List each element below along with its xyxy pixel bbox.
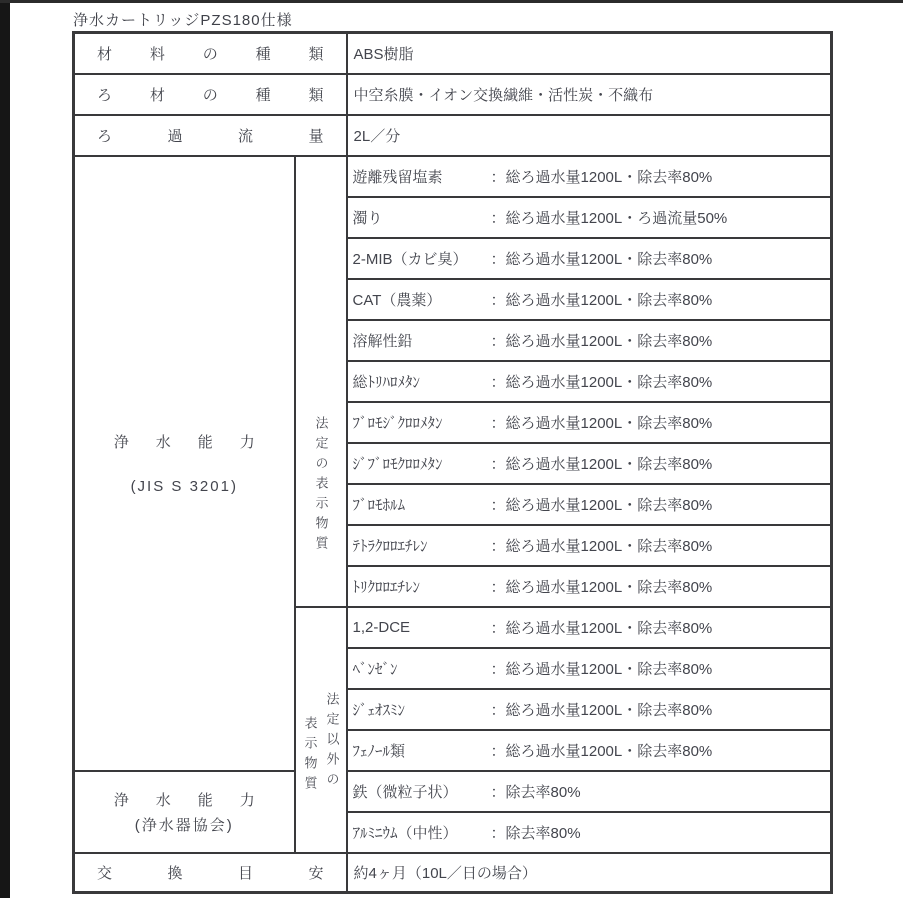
substance-cell: ﾌｪﾉｰﾙ類 ：総ろ過水量1200L・除去率80% [347, 730, 832, 771]
filter-media-label: ろ材の種類 [74, 74, 347, 115]
substance-name: 濁り [353, 207, 491, 228]
table-row-substance: 浄水能力 (浄水器協会) 鉄（微粒子状） ：除去率80% [74, 771, 832, 812]
substance-value: ：総ろ過水量1200L・除去率80% [491, 658, 713, 679]
substance-cell: ﾄﾘｸﾛﾛｴﾁﾚﾝ ：総ろ過水量1200L・除去率80% [347, 566, 832, 607]
substance-cell: ｼﾞﾌﾞﾛﾓｸﾛﾛﾒﾀﾝ ：総ろ過水量1200L・除去率80% [347, 443, 832, 484]
substance-name: CAT（農薬） [353, 289, 491, 310]
substance-name: 1,2-DCE [353, 619, 491, 636]
substance-name: ｼﾞﾌﾞﾛﾓｸﾛﾛﾒﾀﾝ [353, 453, 491, 474]
nonlegal-substances-vertical-label-line1: 法定以外の [321, 689, 343, 796]
substance-cell: 遊離残留塩素 ：総ろ過水量1200L・除去率80% [347, 156, 832, 197]
spec-table: 材料の種類 ABS樹脂 ろ材の種類 中空糸膜・イオン交換繊維・活性炭・不織布 ろ… [72, 31, 833, 894]
substance-name: ｱﾙﾐﾆｳﾑ（中性） [353, 822, 491, 843]
substance-value: ：総ろ過水量1200L・除去率80% [491, 412, 713, 433]
capacity-jis-label: 浄水能力 [114, 431, 282, 452]
substance-value: ：総ろ過水量1200L・除去率80% [491, 535, 713, 556]
substance-cell: 溶解性鉛 ：総ろ過水量1200L・除去率80% [347, 320, 832, 361]
substance-name: 鉄（微粒子状） [353, 781, 491, 802]
page-title: 浄水カートリッジPZS180仕様 [73, 9, 293, 30]
capacity-assoc-cell: 浄水能力 (浄水器協会) [74, 771, 295, 853]
substance-name: ﾌﾞﾛﾓｼﾞｸﾛﾛﾒﾀﾝ [353, 412, 491, 433]
substance-name: ﾃﾄﾗｸﾛﾛｴﾁﾚﾝ [353, 535, 491, 556]
substance-cell: 2-MIB（カビ臭） ：総ろ過水量1200L・除去率80% [347, 238, 832, 279]
capacity-assoc-label: 浄水能力 [114, 789, 282, 810]
substance-name: 2-MIB（カビ臭） [353, 248, 491, 269]
substance-cell: 1,2-DCE ：総ろ過水量1200L・除去率80% [347, 607, 832, 648]
substance-name: 遊離残留塩素 [353, 166, 491, 187]
substance-value: ：総ろ過水量1200L・除去率80% [491, 699, 713, 720]
substance-value: ：総ろ過水量1200L・除去率80% [491, 330, 713, 351]
legal-substances-vertical-label: 法定の表示物質 [310, 416, 332, 556]
window-top-border [0, 0, 903, 3]
nonlegal-substances-group-cell: 法定以外の 表示物質 [295, 607, 347, 853]
substance-value: ：総ろ過水量1200L・ろ過流量50% [491, 207, 728, 228]
substance-cell: 総ﾄﾘﾊﾛﾒﾀﾝ ：総ろ過水量1200L・除去率80% [347, 361, 832, 402]
substance-value: ：総ろ過水量1200L・除去率80% [491, 740, 713, 761]
filter-media-value: 中空糸膜・イオン交換繊維・活性炭・不織布 [347, 74, 832, 115]
exchange-label: 交換目安 [74, 853, 347, 893]
substance-value: ：総ろ過水量1200L・除去率80% [491, 617, 713, 638]
substance-value: ：除去率80% [491, 822, 581, 843]
substance-cell: ﾌﾞﾛﾓﾎﾙﾑ ：総ろ過水量1200L・除去率80% [347, 484, 832, 525]
substance-cell: ﾃﾄﾗｸﾛﾛｴﾁﾚﾝ ：総ろ過水量1200L・除去率80% [347, 525, 832, 566]
substance-name: ﾄﾘｸﾛﾛｴﾁﾚﾝ [353, 576, 491, 597]
table-row-flow-rate: ろ過流量 2L／分 [74, 115, 832, 156]
substance-cell: ｼﾞｪｵｽﾐﾝ ：総ろ過水量1200L・除去率80% [347, 689, 832, 730]
substance-cell: ﾌﾞﾛﾓｼﾞｸﾛﾛﾒﾀﾝ ：総ろ過水量1200L・除去率80% [347, 402, 832, 443]
nonlegal-substances-vertical-label-line2: 表示物質 [299, 716, 321, 796]
substance-name: ｼﾞｪｵｽﾐﾝ [353, 699, 491, 720]
substance-value: ：総ろ過水量1200L・除去率80% [491, 248, 713, 269]
substance-value: ：総ろ過水量1200L・除去率80% [491, 576, 713, 597]
substance-name: 総ﾄﾘﾊﾛﾒﾀﾝ [353, 371, 491, 392]
capacity-assoc-standard: (浄水器協会) [75, 814, 294, 835]
legal-substances-group-cell: 法定の表示物質 [295, 156, 347, 607]
substance-cell: ﾍﾞﾝｾﾞﾝ ：総ろ過水量1200L・除去率80% [347, 648, 832, 689]
capacity-jis-cell: 浄水能力 (JIS S 3201) [74, 156, 295, 771]
substance-value: ：総ろ過水量1200L・除去率80% [491, 371, 713, 392]
substance-cell: ｱﾙﾐﾆｳﾑ（中性） ：除去率80% [347, 812, 832, 853]
table-row-exchange: 交換目安 約4ヶ月（10L／日の場合） [74, 853, 832, 893]
exchange-value: 約4ヶ月（10L／日の場合） [347, 853, 832, 893]
substance-value: ：総ろ過水量1200L・除去率80% [491, 494, 713, 515]
substance-value: ：総ろ過水量1200L・除去率80% [491, 166, 713, 187]
substance-cell: 鉄（微粒子状） ：除去率80% [347, 771, 832, 812]
substance-name: ﾍﾞﾝｾﾞﾝ [353, 658, 491, 679]
substance-cell: 濁り ：総ろ過水量1200L・ろ過流量50% [347, 197, 832, 238]
substance-name: ﾌｪﾉｰﾙ類 [353, 740, 491, 761]
substance-value: ：総ろ過水量1200L・除去率80% [491, 289, 713, 310]
material-value: ABS樹脂 [347, 33, 832, 74]
table-row-substance: 浄水能力 (JIS S 3201) 法定の表示物質 遊離残留塩素 ：総ろ過水量1… [74, 156, 832, 197]
substance-value: ：除去率80% [491, 781, 581, 802]
window-edge-strip [0, 0, 10, 898]
flow-rate-value: 2L／分 [347, 115, 832, 156]
table-row-filter-media: ろ材の種類 中空糸膜・イオン交換繊維・活性炭・不織布 [74, 74, 832, 115]
substance-name: 溶解性鉛 [353, 330, 491, 351]
material-label: 材料の種類 [74, 33, 347, 74]
flow-rate-label: ろ過流量 [74, 115, 347, 156]
substance-cell: CAT（農薬） ：総ろ過水量1200L・除去率80% [347, 279, 832, 320]
capacity-jis-standard: (JIS S 3201) [75, 478, 294, 495]
substance-value: ：総ろ過水量1200L・除去率80% [491, 453, 713, 474]
table-row-material: 材料の種類 ABS樹脂 [74, 33, 832, 74]
substance-name: ﾌﾞﾛﾓﾎﾙﾑ [353, 494, 491, 515]
